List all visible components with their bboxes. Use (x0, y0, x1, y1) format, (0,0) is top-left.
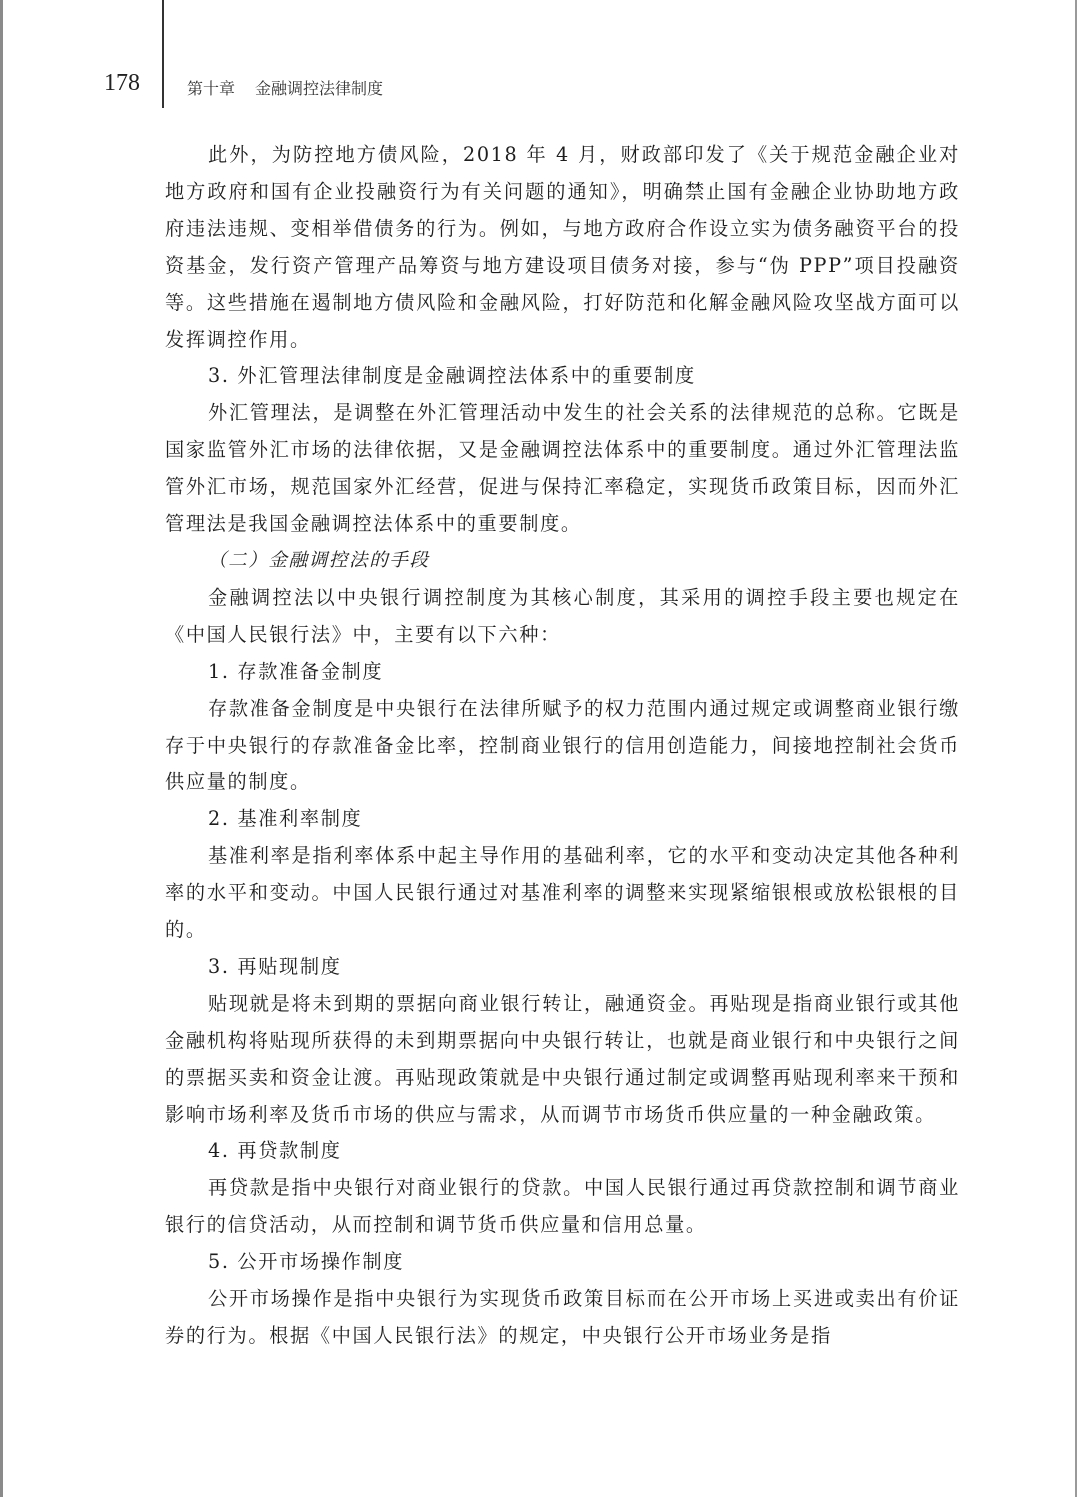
paragraph: 贴现就是将未到期的票据向商业银行转让，融通资金。再贴现是指商业银行或其他金融机构… (165, 986, 960, 1134)
chapter-label: 第十章 (187, 79, 235, 98)
section-heading: 3. 再贴现制度 (165, 949, 960, 986)
chapter-title: 金融调控法律制度 (255, 79, 383, 98)
page-number: 178 (104, 70, 140, 97)
header-divider (162, 0, 164, 108)
paragraph: 公开市场操作是指中央银行为实现货币政策目标而在公开市场上买进或卖出有价证券的行为… (165, 1281, 960, 1355)
scan-edge-left (0, 0, 3, 1497)
paragraph: 外汇管理法，是调整在外汇管理活动中发生的社会关系的法律规范的总称。它既是国家监管… (165, 395, 960, 543)
section-heading: 3. 外汇管理法律制度是金融调控法体系中的重要制度 (165, 358, 960, 395)
paragraph: 此外，为防控地方债风险，2018 年 4 月，财政部印发了《关于规范金融企业对地… (165, 137, 960, 358)
section-heading: 4. 再贷款制度 (165, 1133, 960, 1170)
paragraph: 存款准备金制度是中央银行在法律所赋予的权力范围内通过规定或调整商业银行缴存于中央… (165, 691, 960, 802)
section-heading: 2. 基准利率制度 (165, 801, 960, 838)
paragraph: 基准利率是指利率体系中起主导作用的基础利率，它的水平和变动决定其他各种利率的水平… (165, 838, 960, 949)
paragraph: 金融调控法以中央银行调控制度为其核心制度，其采用的调控手段主要也规定在《中国人民… (165, 580, 960, 654)
subsection-heading: （二）金融调控法的手段 (165, 543, 960, 580)
section-heading: 5. 公开市场操作制度 (165, 1244, 960, 1281)
page-body: 此外，为防控地方债风险，2018 年 4 月，财政部印发了《关于规范金融企业对地… (165, 137, 960, 1355)
section-heading: 1. 存款准备金制度 (165, 654, 960, 691)
running-head: 第十章金融调控法律制度 (187, 76, 383, 99)
paragraph: 再贷款是指中央银行对商业银行的贷款。中国人民银行通过再贷款控制和调节商业银行的信… (165, 1170, 960, 1244)
